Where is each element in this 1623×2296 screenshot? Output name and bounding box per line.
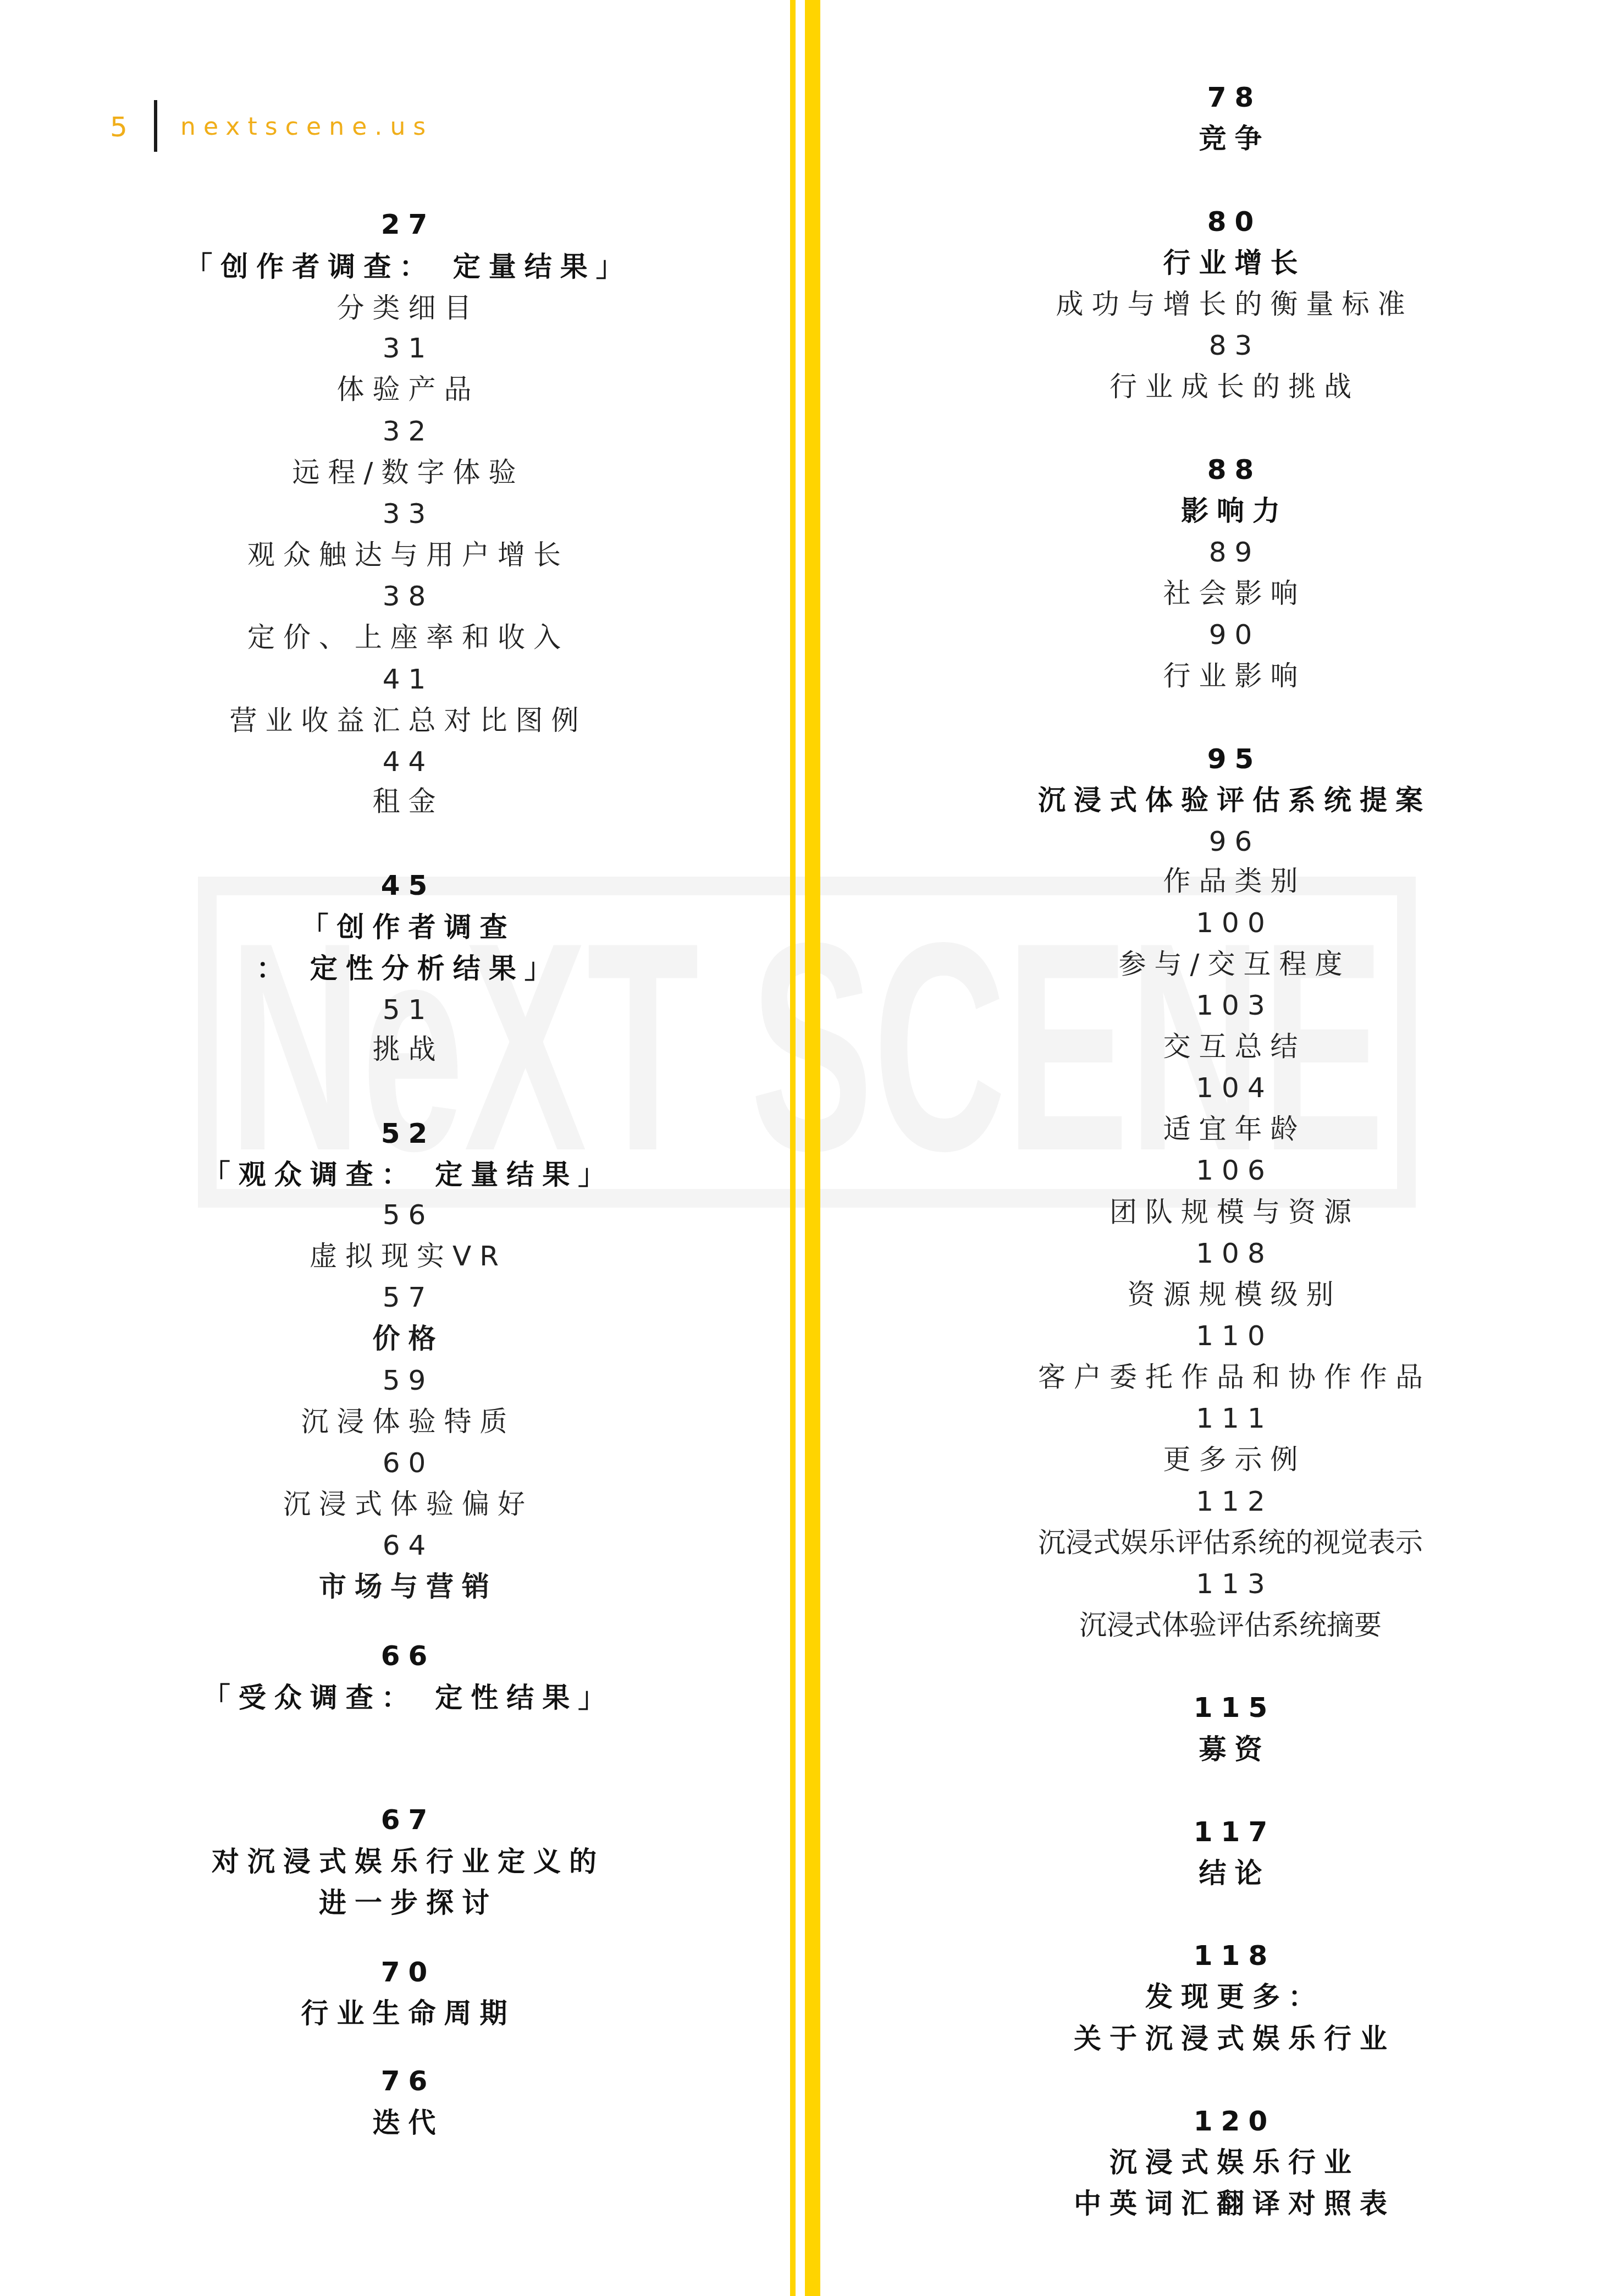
toc-item-resource-levels[interactable]: 资源规模级别 xyxy=(928,1274,1533,1315)
toc-page-41[interactable]: 41 xyxy=(102,659,706,700)
toc-item-experience-products[interactable]: 体验产品 xyxy=(102,369,706,410)
toc-section-conclusion[interactable]: 结论 xyxy=(928,1853,1533,1894)
toc-page-66[interactable]: 66 xyxy=(102,1636,706,1677)
toc-left-column: 27 「创作者调查： 定量结果」 分类细目 31 体验产品 32 远程/数字体验… xyxy=(102,0,706,2296)
toc-section-creator-survey-qual-line2[interactable]: ： 定性分析结果」 xyxy=(102,948,706,989)
toc-section-industry-definition-line1[interactable]: 对沉浸式娱乐行业定义的 xyxy=(102,1841,706,1882)
toc-item-pricing-revenue[interactable]: 定价、上座率和收入 xyxy=(102,617,706,658)
toc-page-111[interactable]: 111 xyxy=(928,1398,1533,1439)
toc-item-team-size[interactable]: 团队规模与资源 xyxy=(928,1192,1533,1233)
toc-page-117[interactable]: 117 xyxy=(928,1812,1533,1853)
toc-page-31[interactable]: 31 xyxy=(102,328,706,369)
toc-page-96[interactable]: 96 xyxy=(928,821,1533,862)
toc-page-106[interactable]: 106 xyxy=(928,1150,1533,1191)
toc-section-audience-survey-qual[interactable]: 「受众调查： 定性结果」 xyxy=(102,1677,706,1719)
toc-page-83[interactable]: 83 xyxy=(928,325,1533,366)
toc-section-industry-definition-line2[interactable]: 进一步探讨 xyxy=(102,1882,706,1924)
toc-page-104[interactable]: 104 xyxy=(928,1067,1533,1109)
toc-section-glossary-line1[interactable]: 沉浸式娱乐行业 xyxy=(928,2142,1533,2183)
toc-page-60[interactable]: 60 xyxy=(102,1442,706,1484)
toc-section-impact[interactable]: 影响力 xyxy=(928,491,1533,532)
toc-item-revenue-comparison[interactable]: 营业收益汇总对比图例 xyxy=(102,700,706,741)
toc-item-immersive-preferences[interactable]: 沉浸式体验偏好 xyxy=(102,1484,706,1525)
toc-item-commissioned-works[interactable]: 客户委托作品和协作作品 xyxy=(928,1357,1533,1398)
toc-page-113[interactable]: 113 xyxy=(928,1563,1533,1605)
toc-item-category-breakdown[interactable]: 分类细目 xyxy=(102,288,706,329)
toc-item-success-metrics[interactable]: 成功与增长的衡量标准 xyxy=(928,284,1533,325)
toc-section-discover-more-line2[interactable]: 关于沉浸式娱乐行业 xyxy=(928,2018,1533,2060)
toc-page-57[interactable]: 57 xyxy=(102,1277,706,1318)
toc-section-iteration[interactable]: 迭代 xyxy=(102,2102,706,2144)
toc-item-age-suitability[interactable]: 适宜年龄 xyxy=(928,1109,1533,1150)
spine-bar-thick xyxy=(805,0,820,2296)
toc-section-glossary-line2[interactable]: 中英词汇翻译对照表 xyxy=(928,2183,1533,2225)
toc-section-discover-more-line1[interactable]: 发现更多： xyxy=(928,1976,1533,2018)
toc-page-89[interactable]: 89 xyxy=(928,532,1533,573)
spine-bar-thin xyxy=(790,0,796,2296)
toc-page-78[interactable]: 78 xyxy=(928,77,1533,118)
toc-page-110[interactable]: 110 xyxy=(928,1315,1533,1357)
toc-page-33[interactable]: 33 xyxy=(102,493,706,535)
toc-item-system-summary[interactable]: 沉浸式体验评估系统摘要 xyxy=(928,1605,1533,1646)
toc-page-59[interactable]: 59 xyxy=(102,1360,706,1401)
toc-page-90[interactable]: 90 xyxy=(928,614,1533,656)
toc-page-88[interactable]: 88 xyxy=(928,449,1533,491)
toc-page-38[interactable]: 38 xyxy=(102,576,706,617)
toc-item-remote-digital[interactable]: 远程/数字体验 xyxy=(102,452,706,493)
toc-page-67[interactable]: 67 xyxy=(102,1799,706,1841)
toc-page-120[interactable]: 120 xyxy=(928,2101,1533,2142)
toc-page-64[interactable]: 64 xyxy=(102,1525,706,1566)
toc-page-27[interactable]: 27 xyxy=(102,204,706,245)
toc-section-creator-survey-quant[interactable]: 「创作者调查： 定量结果」 xyxy=(102,246,706,288)
toc-item-work-categories[interactable]: 作品类别 xyxy=(928,861,1533,902)
toc-item-immersive-traits[interactable]: 沉浸体验特质 xyxy=(102,1401,706,1442)
toc-section-creator-survey-qual-line1[interactable]: 「创作者调查 xyxy=(102,907,706,948)
toc-item-social-impact[interactable]: 社会影响 xyxy=(928,573,1533,614)
toc-item-interaction-summary[interactable]: 交互总结 xyxy=(928,1026,1533,1067)
toc-section-audience-survey-quant[interactable]: 「观众调查： 定量结果」 xyxy=(102,1154,706,1196)
toc-page-76[interactable]: 76 xyxy=(102,2061,706,2102)
toc-item-marketing[interactable]: 市场与营销 xyxy=(102,1566,706,1607)
toc-section-evaluation-proposal[interactable]: 沉浸式体验评估系统提案 xyxy=(928,780,1533,821)
toc-item-challenges[interactable]: 挑战 xyxy=(102,1029,706,1070)
toc-page-56[interactable]: 56 xyxy=(102,1194,706,1236)
toc-item-interaction-level[interactable]: 参与/交互程度 xyxy=(928,944,1533,985)
toc-page-32[interactable]: 32 xyxy=(102,411,706,452)
toc-page-51[interactable]: 51 xyxy=(102,989,706,1031)
toc-item-more-examples[interactable]: 更多示例 xyxy=(928,1439,1533,1480)
toc-page-103[interactable]: 103 xyxy=(928,985,1533,1026)
toc-section-industry-growth[interactable]: 行业增长 xyxy=(928,243,1533,284)
toc-page-118[interactable]: 118 xyxy=(928,1935,1533,1976)
toc-section-industry-lifecycle[interactable]: 行业生命周期 xyxy=(102,1993,706,2034)
toc-right-column: 78 竞争 80 行业增长 成功与增长的衡量标准 83 行业成长的挑战 88 影… xyxy=(928,0,1533,2296)
toc-page-70[interactable]: 70 xyxy=(102,1952,706,1993)
toc-item-visual-representation[interactable]: 沉浸式娱乐评估系统的视觉表示 xyxy=(928,1522,1533,1563)
toc-item-vr[interactable]: 虚拟现实VR xyxy=(102,1236,706,1277)
toc-section-competition[interactable]: 竞争 xyxy=(928,118,1533,159)
toc-page-95[interactable]: 95 xyxy=(928,739,1533,780)
toc-page-52[interactable]: 52 xyxy=(102,1113,706,1154)
toc-page-112[interactable]: 112 xyxy=(928,1481,1533,1522)
toc-page-115[interactable]: 115 xyxy=(928,1687,1533,1728)
toc-section-fundraising[interactable]: 募资 xyxy=(928,1729,1533,1770)
toc-page-45[interactable]: 45 xyxy=(102,865,706,906)
toc-page-80[interactable]: 80 xyxy=(928,201,1533,243)
toc-page-100[interactable]: 100 xyxy=(928,902,1533,944)
toc-page-44[interactable]: 44 xyxy=(102,741,706,783)
toc-item-industry-impact[interactable]: 行业影响 xyxy=(928,656,1533,697)
toc-page-108[interactable]: 108 xyxy=(928,1233,1533,1274)
toc-item-price[interactable]: 价格 xyxy=(102,1318,706,1359)
toc-item-audience-reach[interactable]: 观众触达与用户增长 xyxy=(102,535,706,576)
toc-item-rent[interactable]: 租金 xyxy=(102,781,706,822)
toc-item-growth-challenges[interactable]: 行业成长的挑战 xyxy=(928,366,1533,408)
